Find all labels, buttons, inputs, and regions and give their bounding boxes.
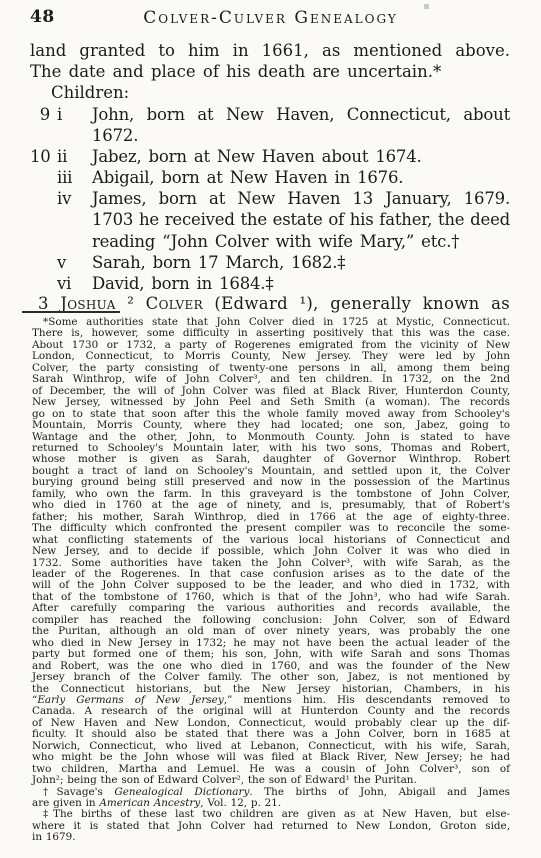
- child-text: Sarah, born 17 March, 1682.‡: [92, 252, 510, 273]
- child-roman-numeral: iii: [57, 167, 72, 188]
- page-title: Colver-Culver Genealogy: [0, 8, 541, 28]
- child-row: 9 i John, born at New Haven, Connecticut…: [30, 104, 510, 146]
- child-text: Abigail, born at New Haven in 1676.: [92, 167, 510, 188]
- footnote-separator-rule: [22, 311, 120, 313]
- child-text: Jabez, born at New Haven about 1674.: [92, 146, 510, 167]
- text-line: Jabez, born at New Haven about 1674.: [92, 146, 510, 167]
- child-row: iii Abigail, born at New Haven in 1676.: [30, 167, 510, 188]
- children-label: Children:: [51, 83, 129, 102]
- child-number: 10: [30, 146, 50, 167]
- child-number: 9: [30, 104, 50, 125]
- text-line: 1672.: [92, 125, 510, 146]
- text-line: Sarah, born 17 March, 1682.‡: [92, 252, 510, 273]
- scan-artifact-speck: [424, 4, 429, 9]
- text-line: land granted to him in 1661, as mentione…: [30, 40, 510, 61]
- child-roman-numeral: ii: [57, 146, 67, 167]
- child-text: James, born at New Haven 13 January, 167…: [92, 188, 510, 251]
- child-row: 10 ii Jabez, born at New Haven about 167…: [30, 146, 510, 167]
- text-line: James, born at New Haven 13 January, 167…: [92, 188, 510, 209]
- text-line: John, born at New Haven, Connecticut, ab…: [92, 104, 510, 125]
- footnote-asterisk: *Some authorities state that John Colver…: [32, 317, 510, 787]
- text-line: The date and place of his death are unce…: [30, 61, 510, 82]
- child-row: v Sarah, born 17 March, 1682.‡: [30, 252, 510, 273]
- child-roman-numeral: i: [57, 104, 62, 125]
- footnote-double-dagger: ‡The births of these last two children a…: [32, 809, 510, 843]
- child-roman-numeral: iv: [57, 188, 71, 209]
- intro-paragraph: land granted to him in 1661, as mentione…: [30, 40, 510, 82]
- text-line: David, born in 1684.‡: [92, 273, 510, 294]
- child-roman-numeral: vi: [57, 273, 71, 294]
- text-line: reading “John Colver with wife Mary,” et…: [92, 231, 510, 252]
- text-line: Abigail, born at New Haven in 1676.: [92, 167, 510, 188]
- text-line: 1703 he received the estate of his fathe…: [92, 209, 510, 230]
- footnote-dagger: †Savage's Genealogical Dictionary. The b…: [32, 787, 510, 810]
- child-text: John, born at New Haven, Connecticut, ab…: [92, 104, 510, 146]
- text-line: in 1679.: [32, 832, 510, 843]
- child-text: David, born in 1684.‡: [92, 273, 510, 294]
- text-line: where it is stated that John Colver had …: [32, 821, 510, 832]
- child-row: iv James, born at New Haven 13 January, …: [30, 188, 510, 251]
- child-roman-numeral: v: [57, 252, 66, 273]
- child-row: vi David, born in 1684.‡: [30, 273, 510, 294]
- footnotes: *Some authorities state that John Colver…: [32, 317, 510, 844]
- children-list: 9 i John, born at New Haven, Connecticut…: [30, 104, 510, 294]
